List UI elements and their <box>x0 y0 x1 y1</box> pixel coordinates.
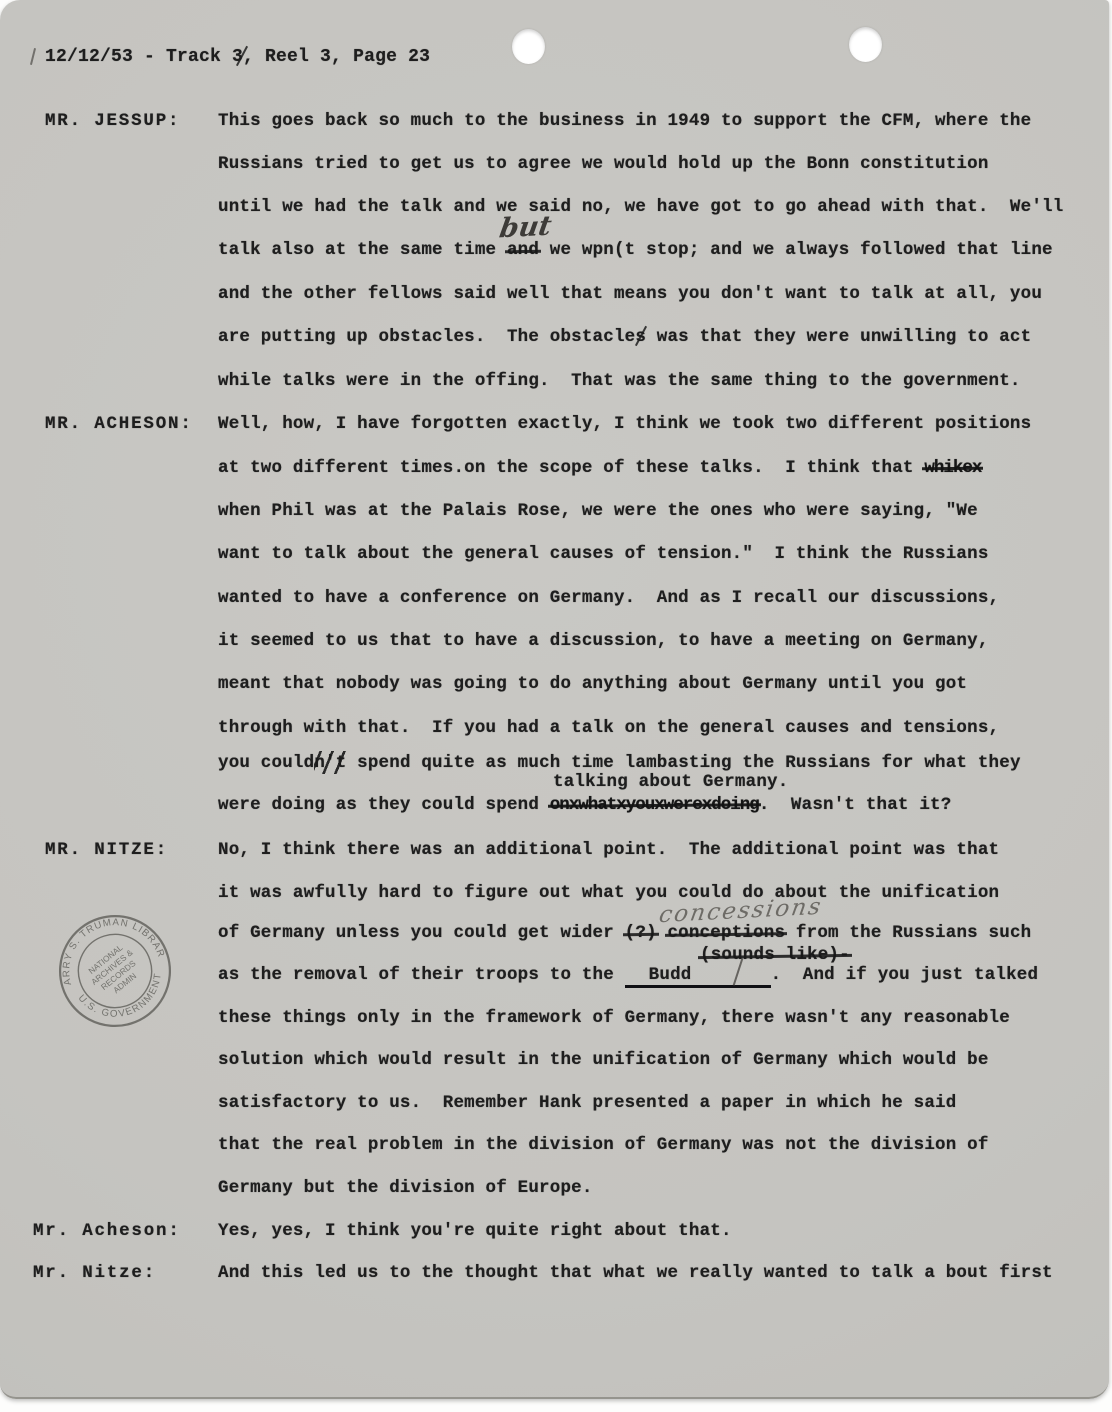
transcript-line: you couldn't spend quite as much time la… <box>218 753 1021 773</box>
line-segment: you could <box>218 753 314 773</box>
fill-in-blank-budd: Budd <box>625 965 771 988</box>
transcript-line: at two different times.on the scope of t… <box>218 458 981 478</box>
transcript-line: are putting up obstacles. The obstacles … <box>218 327 1031 347</box>
transcript-line: Yes, yes, I think you're quite right abo… <box>218 1221 732 1241</box>
transcript-line: of Germany unless you could get wider (?… <box>218 923 1031 943</box>
typed-insert-line: talking about Germany. <box>553 772 788 792</box>
handwritten-insert-but: but <box>497 211 553 245</box>
line-segment: was that they were unwilling to act <box>646 327 1031 347</box>
page-header: 12/12/53 - Track 3, Reel 3, Page 23 <box>45 47 430 67</box>
speaker-label-acheson: MR. ACHESON: <box>45 414 193 434</box>
transcript-line: want to talk about the general causes of… <box>218 544 989 564</box>
line-segment: at two different times.on the scope of t… <box>218 458 924 478</box>
line-segment: from the Russians such <box>785 923 1031 943</box>
struck-phrase: onxwhatxyouxwerexdoing <box>550 795 759 815</box>
transcript-line: solution which would result in the unifi… <box>218 1050 989 1070</box>
transcript-line: satisfactory to us. Remember Hank presen… <box>218 1093 956 1113</box>
transcript-line: meant that nobody was going to do anythi… <box>218 674 967 694</box>
transcript-line: these things only in the framework of Ge… <box>218 1008 1010 1028</box>
transcript-line: This goes back so much to the business i… <box>218 111 1031 131</box>
transcript-line: as the removal of their troops to the Bu… <box>218 965 1038 988</box>
struck-phrase: (sounds like)- <box>700 945 850 965</box>
header-track-number-struck: 3, <box>232 47 254 67</box>
transcript-line: And this led us to the thought that what… <box>218 1263 1053 1283</box>
struck-word: conceptions <box>667 923 785 943</box>
line-segment: we wpn(t stop; and we always followed th… <box>539 240 1053 260</box>
transcript-line: while talks were in the offing. That was… <box>218 371 1021 391</box>
line-segment: . And if you just talked <box>771 965 1039 985</box>
punch-hole-left <box>512 29 545 64</box>
header-suffix: Reel 3, Page 23 <box>254 47 430 67</box>
transcript-line: Russians tried to get us to agree we wou… <box>218 154 989 174</box>
line-segment: are putting up obstacles. The obstacle <box>218 327 635 347</box>
speaker-label-acheson-2: Mr. Acheson: <box>33 1221 181 1241</box>
typed-insert-struck: (sounds like)- <box>700 945 850 965</box>
transcript-line: were doing as they could spend onxwhatxy… <box>218 795 951 815</box>
speaker-label-nitze: MR. NITZE: <box>45 840 168 860</box>
line-segment: talk also at the same time <box>218 240 507 260</box>
struck-letters: n't <box>314 753 346 773</box>
struck-letter: s <box>635 327 646 347</box>
transcript-line: Well, how, I have forgotten exactly, I t… <box>218 414 1031 434</box>
line-segment: . Wasn't that it? <box>759 795 952 815</box>
transcript-line: wanted to have a conference on Germany. … <box>218 588 999 608</box>
punch-hole-right <box>849 27 882 62</box>
transcript-line: and the other fellows said well that mea… <box>218 284 1042 304</box>
line-segment: spend quite as much time lambasting the … <box>346 753 1020 773</box>
line-segment: were doing as they could spend <box>218 795 550 815</box>
transcript-line: it was awfully hard to figure out what y… <box>218 883 999 903</box>
transcript-line: through with that. If you had a talk on … <box>218 718 999 738</box>
transcript-line: that the real problem in the division of… <box>218 1135 989 1155</box>
line-segment: of Germany unless you could get wider <box>218 923 625 943</box>
line-segment: as the removal of their troops to the <box>218 965 625 985</box>
speaker-label-jessup: MR. JESSUP: <box>45 111 180 131</box>
transcript-line: it seemed to us that to have a discussio… <box>218 631 989 651</box>
header-prefix: 12/12/53 - Track <box>45 47 232 67</box>
speaker-label-nitze-2: Mr. Nitze: <box>33 1263 156 1283</box>
transcript-line: talk also at the same time and we wpn(t … <box>218 240 1053 260</box>
struck-word: whikex <box>924 458 981 478</box>
struck-query: (?) <box>625 923 657 943</box>
transcript-line: until we had the talk and we said no, we… <box>218 197 1063 217</box>
transcript-line: No, I think there was an additional poin… <box>218 840 999 860</box>
scanned-page: 12/12/53 - Track 3, Reel 3, Page 23 MR. … <box>0 0 1112 1412</box>
transcript-line: when Phil was at the Palais Rose, we wer… <box>218 501 978 521</box>
transcript-line: Germany but the division of Europe. <box>218 1178 593 1198</box>
